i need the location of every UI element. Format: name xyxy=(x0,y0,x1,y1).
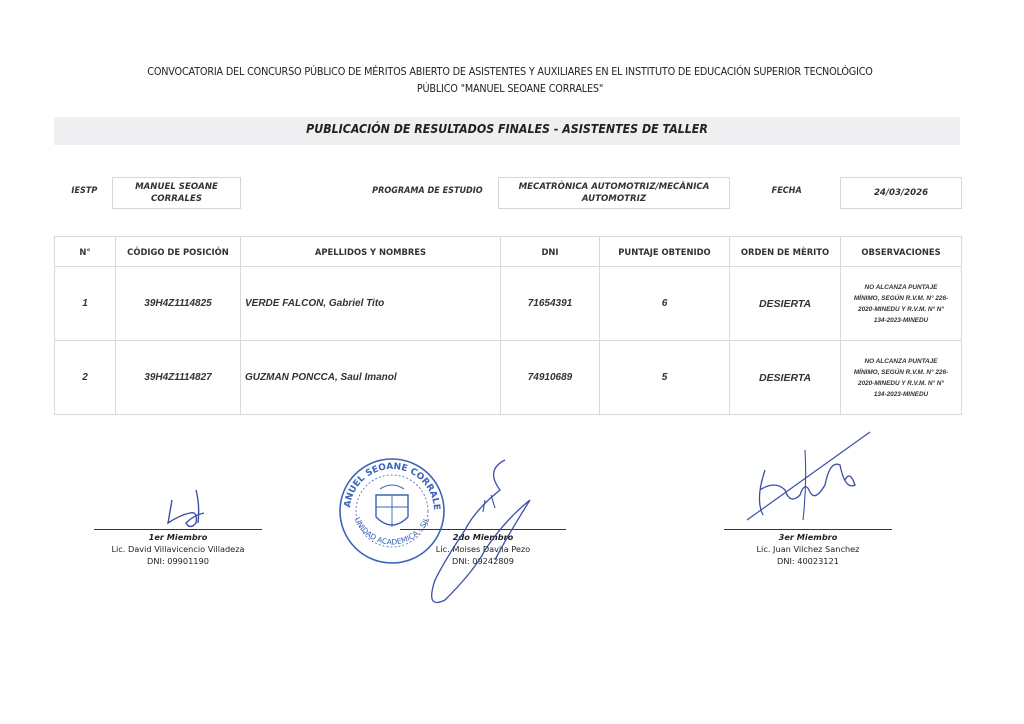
signature-1-icon xyxy=(150,485,230,535)
iestp-value-line: CORRALES xyxy=(135,193,218,205)
title-line-2: PÚBLICO "MANUEL SEOANE CORRALES" xyxy=(92,81,929,98)
signature-block-2: 2do Miembro Lic. Moises Davila Pezo DNI:… xyxy=(400,529,566,567)
obs-line: 134-2023-MINEDU xyxy=(844,315,958,326)
table-row: 2 39H4Z1114827 GUZMAN PONCCA, Saul Imano… xyxy=(55,341,962,415)
cell-observaciones: NO ALCANZA PUNTAJE MÍNIMO, SEGÚN R.V.M. … xyxy=(841,341,962,415)
header-dni: DNI xyxy=(501,237,600,267)
signature-line xyxy=(400,529,566,530)
signature-role: 3er Miembro xyxy=(724,531,892,543)
title-line-1: CONVOCATORIA DEL CONCURSO PÚBLICO DE MÉR… xyxy=(92,64,929,81)
document-subtitle: PUBLICACIÓN DE RESULTADOS FINALES - ASIS… xyxy=(90,122,924,136)
fecha-label: FECHA xyxy=(772,186,802,196)
signature-line xyxy=(94,529,262,530)
cell-observaciones: NO ALCANZA PUNTAJE MÍNIMO, SEGÚN R.V.M. … xyxy=(841,267,962,341)
cell-dni: 74910689 xyxy=(501,341,600,415)
fecha-value: 24/03/2026 xyxy=(840,177,962,209)
iestp-value-line: MANUEL SEOANE xyxy=(135,181,218,193)
header-nombres: APELLIDOS Y NOMBRES xyxy=(241,237,501,267)
signature-role: 1er Miembro xyxy=(94,531,262,543)
programa-label: PROGRAMA DE ESTUDIO xyxy=(372,186,483,196)
cell-codigo: 39H4Z1114827 xyxy=(116,341,241,415)
signature-name: Lic. Moises Davila Pezo xyxy=(400,543,566,555)
cell-nombre: GUZMAN PONCCA, Saul Imanol xyxy=(241,341,501,415)
document-page: CONVOCATORIA DEL CONCURSO PÚBLICO DE MÉR… xyxy=(0,0,1024,724)
programa-value: MECATRÒNICA AUTOMOTRIZ/MECÀNICAAUTOMOTRI… xyxy=(498,177,730,209)
cell-orden: DESIERTA xyxy=(730,341,841,415)
header-n: N° xyxy=(55,237,116,267)
cell-codigo: 39H4Z1114825 xyxy=(116,267,241,341)
header-codigo: CÓDIGO DE POSICIÓN xyxy=(116,237,241,267)
iestp-label: IESTP xyxy=(71,186,97,196)
header-puntaje: PUNTAJE OBTENIDO xyxy=(600,237,730,267)
header-orden: ORDEN DE MÈRITO xyxy=(730,237,841,267)
obs-line: 2020-MINEDU Y R.V.M. N° N° xyxy=(844,304,958,315)
table-row: 1 39H4Z1114825 VERDE FALCON, Gabriel Tit… xyxy=(55,267,962,341)
iestp-value: MANUEL SEOANECORRALES xyxy=(112,177,241,209)
signature-block-1: 1er Miembro Lic. David Villavicencio Vil… xyxy=(94,529,262,567)
signature-dni: DNI: 40023121 xyxy=(724,555,892,567)
obs-line: 2020-MINEDU Y R.V.M. N° N° xyxy=(844,378,958,389)
results-table: N° CÓDIGO DE POSICIÓN APELLIDOS Y NOMBRE… xyxy=(54,236,962,415)
cell-n: 2 xyxy=(55,341,116,415)
cell-dni: 71654391 xyxy=(501,267,600,341)
document-title: CONVOCATORIA DEL CONCURSO PÚBLICO DE MÉR… xyxy=(92,64,929,98)
signature-name: Lic. David Villavicencio Villadeza xyxy=(94,543,262,555)
obs-line: MÍNIMO, SEGÚN R.V.M. N° 226- xyxy=(844,293,958,304)
programa-value-line: AUTOMOTRIZ xyxy=(519,193,710,205)
signature-3-icon xyxy=(745,430,875,530)
signature-line xyxy=(724,529,892,530)
obs-line: MÍNIMO, SEGÚN R.V.M. N° 226- xyxy=(844,367,958,378)
programa-value-line: MECATRÒNICA AUTOMOTRIZ/MECÀNICA xyxy=(519,181,710,193)
cell-puntaje: 5 xyxy=(600,341,730,415)
signature-name: Lic. Juan Vilchez Sanchez xyxy=(724,543,892,555)
table-header-row: N° CÓDIGO DE POSICIÓN APELLIDOS Y NOMBRE… xyxy=(55,237,962,267)
obs-line: NO ALCANZA PUNTAJE xyxy=(844,282,958,293)
cell-puntaje: 6 xyxy=(600,267,730,341)
header-observaciones: OBSERVACIONES xyxy=(841,237,962,267)
signature-block-3: 3er Miembro Lic. Juan Vilchez Sanchez DN… xyxy=(724,529,892,567)
cell-orden: DESIERTA xyxy=(730,267,841,341)
cell-n: 1 xyxy=(55,267,116,341)
signature-role: 2do Miembro xyxy=(400,531,566,543)
cell-nombre: VERDE FALCON, Gabriel Tito xyxy=(241,267,501,341)
obs-line: 134-2023-MINEDU xyxy=(844,389,958,400)
svg-text:MANUEL SEOANE CORRALES: MANUEL SEOANE CORRALES xyxy=(336,455,441,511)
obs-line: NO ALCANZA PUNTAJE xyxy=(844,356,958,367)
signature-dni: DNI: 09242809 xyxy=(400,555,566,567)
signature-dni: DNI: 09901190 xyxy=(94,555,262,567)
